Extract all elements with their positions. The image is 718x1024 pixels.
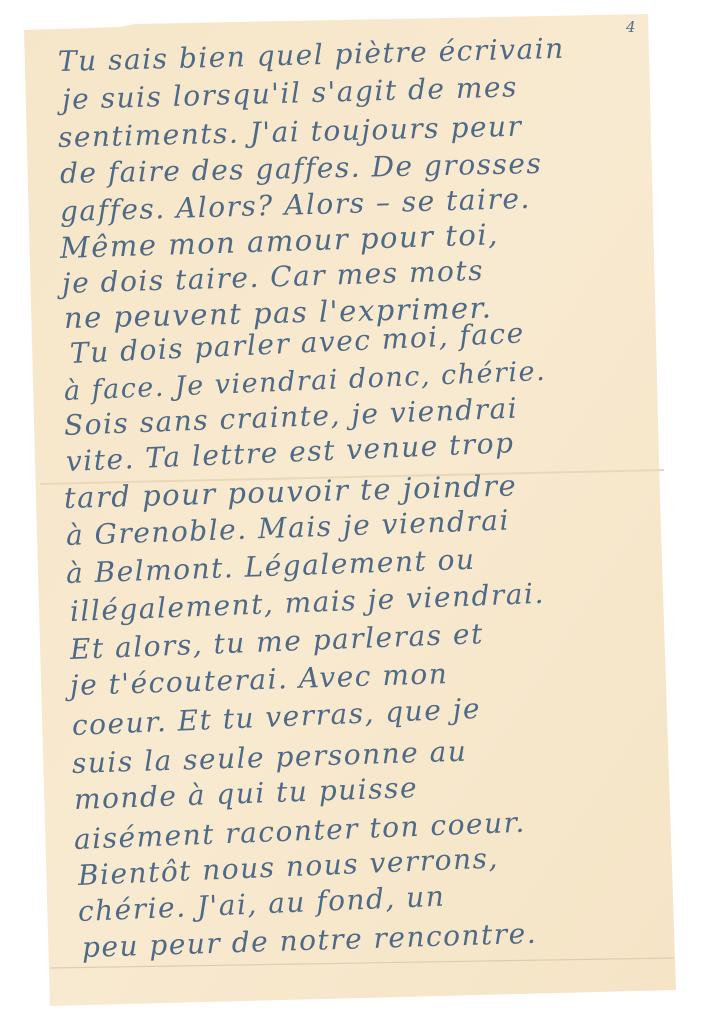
letter-line: Tu sais bien quel piètre écrivain — [58, 35, 565, 76]
letter-line: coeur. Et tu verras, que je — [71, 695, 481, 740]
letter-body: Tu sais bien quel piètre écrivain je sui… — [0, 0, 718, 1024]
letter-line: peu peur de notre rencontre. — [82, 920, 538, 962]
letter-line: je suis lorsqu'il s'agit de mes — [62, 73, 519, 114]
letter-line: monde à qui tu puisse — [74, 774, 419, 814]
letter-line: sentiments. J'ai toujours peur — [58, 113, 523, 152]
letter-line: de faire des gaffes. De grosses — [60, 150, 543, 188]
letter-line: je t'écouterai. Avec mon — [70, 660, 449, 700]
